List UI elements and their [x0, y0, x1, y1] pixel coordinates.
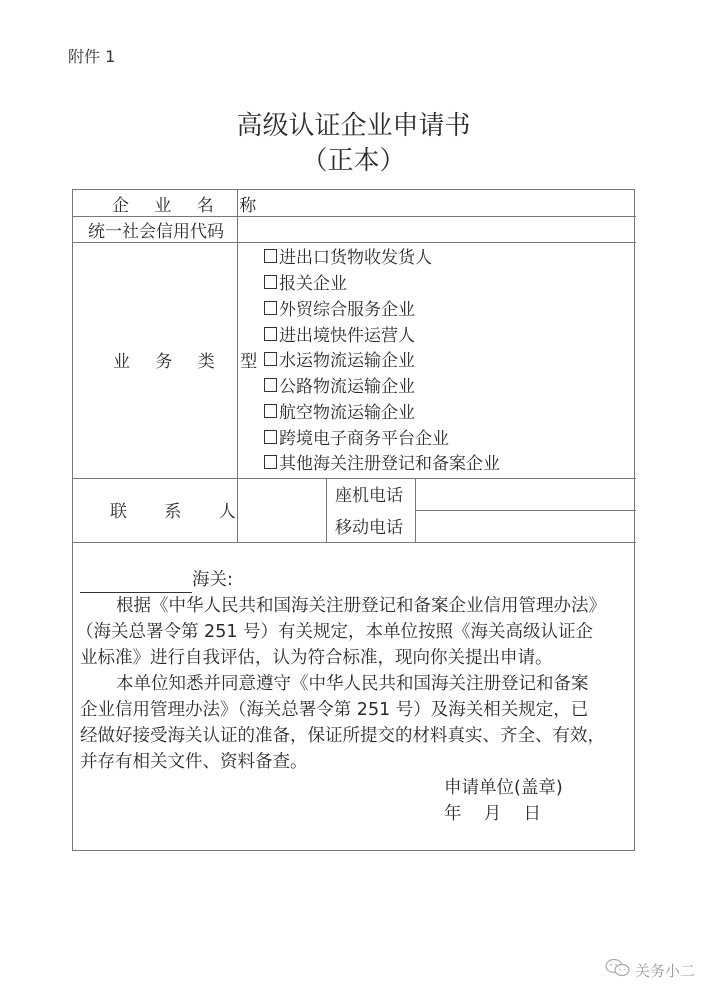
checkbox-icon[interactable] — [264, 249, 277, 263]
statement-line: （海关总署令第 251 号）有关规定，本单位按照《海关高级认证企 — [76, 619, 631, 645]
watermark: 关务小二 — [605, 958, 695, 982]
mobile-label: 移动电话 — [335, 513, 403, 538]
watermark-text: 关务小二 — [635, 960, 695, 981]
landline-field[interactable] — [416, 479, 634, 509]
business-type-option[interactable]: 水运物流运输企业 — [264, 346, 415, 371]
attachment-label: 附件 1 — [68, 44, 115, 67]
date-label: 年 月 日 — [444, 801, 541, 827]
landline-label: 座机电话 — [335, 481, 403, 506]
credit-code-label: 统一社会信用代码 — [88, 217, 224, 242]
contact-person-field[interactable] — [238, 479, 325, 541]
row-divider — [73, 542, 636, 543]
statement-line: 经做好接受海关认证的准备，保证所提交的材料真实、齐全、有效， — [80, 723, 635, 749]
checkbox-icon[interactable] — [264, 327, 277, 341]
column-divider — [326, 478, 327, 542]
business-type-option[interactable]: 报关企业 — [264, 269, 347, 294]
checkbox-icon[interactable] — [264, 301, 277, 315]
business-type-option[interactable]: 其他海关注册登记和备案企业 — [264, 449, 500, 474]
document-title: 高级认证企业申请书 — [0, 105, 707, 142]
statement-line: 并存有相关文件、资料备查。 — [80, 749, 635, 775]
addressee-line: 海关: — [80, 567, 635, 593]
checkbox-icon[interactable] — [264, 404, 277, 418]
checkbox-icon[interactable] — [264, 275, 277, 289]
contact-person-label: 联 系 人 — [110, 497, 252, 522]
wechat-icon — [605, 958, 631, 982]
business-type-option[interactable]: 公路物流运输企业 — [264, 372, 415, 397]
statement-line: 本单位知悉并同意遵守《中华人民共和国海关注册登记和备案 — [116, 671, 671, 697]
checkbox-icon[interactable] — [264, 430, 277, 444]
statement-line: 根据《中华人民共和国海关注册登记和备案企业信用管理办法》 — [116, 593, 671, 619]
business-type-option[interactable]: 跨境电子商务平台企业 — [264, 424, 449, 449]
statement-line: 业标准》进行自我评估，认为符合标准，现向你关提出申请。 — [80, 645, 635, 671]
document-subtitle: （正本） — [0, 140, 707, 177]
business-type-option[interactable]: 航空物流运输企业 — [264, 398, 415, 423]
business-type-label: 业 务 类 型 — [113, 347, 267, 372]
checkbox-icon[interactable] — [264, 455, 277, 469]
business-type-option[interactable]: 外贸综合服务企业 — [264, 295, 415, 320]
customs-name-blank[interactable] — [80, 574, 192, 593]
credit-code-field[interactable] — [238, 217, 634, 241]
company-name-field[interactable] — [238, 191, 634, 215]
statement-line: 企业信用管理办法》（海关总署令第 251 号）及海关相关规定，已 — [80, 697, 635, 723]
mobile-field[interactable] — [416, 511, 634, 541]
checkbox-icon[interactable] — [264, 352, 277, 366]
business-type-option[interactable]: 进出口货物收发货人 — [264, 243, 432, 268]
applicant-seal-label: 申请单位(盖章) — [444, 775, 563, 801]
checkbox-icon[interactable] — [264, 378, 277, 392]
business-type-option[interactable]: 进出境快件运营人 — [264, 321, 415, 346]
